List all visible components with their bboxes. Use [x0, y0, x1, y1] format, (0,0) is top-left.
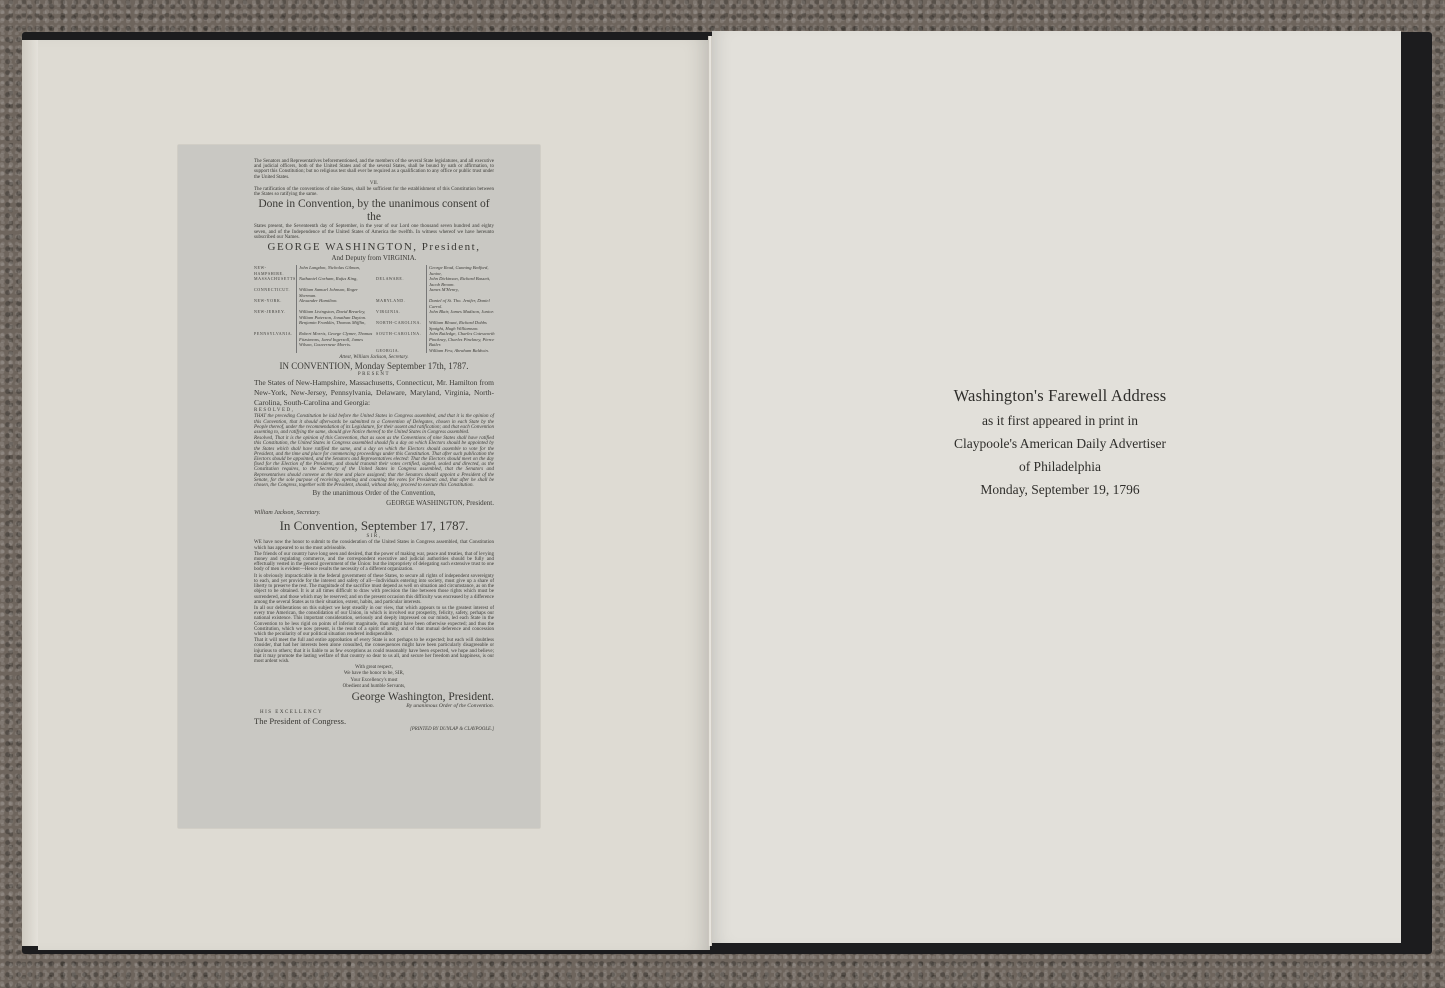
signer-state: GEORGIA.: [376, 348, 424, 354]
letter-paragraph-5: That it will meet the full and entire ap…: [254, 638, 494, 664]
resolution-1: THAT the preceding Constitution be laid …: [254, 414, 494, 435]
resolved-label: RESOLVED,: [254, 408, 494, 413]
signer-state: DELAWARE.: [376, 276, 424, 287]
deputy-virginia: And Deputy from VIRGINIA.: [254, 254, 494, 263]
closing-line-2: We have the honor to be, SIR,: [254, 671, 494, 676]
addressee: The President of Congress.: [254, 716, 494, 726]
signer-names: George Read, Gunning Bedford, Junior,: [426, 265, 500, 276]
signer-state: [254, 348, 294, 354]
signer-names: John Dickinson, Richard Bassett, Jacob B…: [426, 276, 500, 287]
signer-names: William Blount, Richard Dobbs Spaight, H…: [426, 320, 500, 331]
article-number: VII.: [254, 181, 494, 186]
signer-state: VIRGINIA.: [376, 309, 424, 320]
signer-names: William Samuel Johnson, Roger Sherman.: [296, 287, 374, 298]
signer-names: Benjamin Franklin, Thomas Mifflin,: [296, 320, 374, 331]
signers-table: NEW-HAMPSHIRE. John Langdon, Nicholas Gi…: [254, 265, 494, 353]
subtitle-line-2: Claypoole's American Daily Advertiser: [900, 432, 1220, 455]
signer-names: John Langdon, Nicholas Gilman,: [296, 265, 374, 276]
signer-names: Daniel of St. Tho. Jenifer, Daniel Carro…: [426, 298, 500, 309]
signer-names: William Few, Abraham Baldwin.: [426, 348, 500, 354]
signer-names: Robert Morris, George Clymer, Thomas Fit…: [296, 331, 374, 348]
facsimile-text: The Senators and Representatives beforem…: [254, 159, 494, 734]
signer-names: James M'Henry,: [426, 287, 500, 298]
senators-paragraph: The Senators and Representatives beforem…: [254, 159, 494, 180]
printer-imprint: [PRINTED BY DUNLAP & CLAYPOOLE.]: [254, 727, 494, 732]
by-order-line-2: By unanimous Order of the Convention.: [254, 704, 494, 709]
book-title: Washington's Farewell Address: [900, 385, 1220, 407]
publication-date: Monday, September 19, 1796: [900, 478, 1220, 501]
george-washington-heading: GEORGE WASHINGTON, President,: [254, 241, 494, 254]
page-stack-edge: [22, 40, 38, 946]
signer-state: NEW-HAMPSHIRE.: [254, 265, 294, 276]
in-convention-heading-1: IN CONVENTION, Monday September 17th, 17…: [254, 361, 494, 372]
letter-paragraph-2: The friends of our country have long see…: [254, 552, 494, 573]
done-in-convention-text: States present, the Seventeenth day of S…: [254, 224, 494, 240]
ratification-paragraph: The ratification of the conventions of n…: [254, 187, 494, 197]
signer-names: William Livingston, David Brearley, Will…: [296, 309, 374, 320]
signer-state: [376, 287, 424, 298]
signer-state: SOUTH-CAROLINA.: [376, 331, 424, 348]
in-convention-heading-2: In Convention, September 17, 1787.: [254, 518, 494, 534]
by-order-line: By the unanimous Order of the Convention…: [254, 489, 494, 498]
signer-state: MASSACHUSETTS.: [254, 276, 294, 287]
title-page-text: Washington's Farewell Address as it firs…: [900, 385, 1220, 501]
signer-names: Nathaniel Gorham, Rufus King,: [296, 276, 374, 287]
signer-state: MARYLAND.: [376, 298, 424, 309]
signer-state: CONNECTICUT.: [254, 287, 294, 298]
signer-names: John Blair, James Madison, Junior.: [426, 309, 500, 320]
washington-signature: George Washington, President.: [254, 690, 494, 704]
letter-paragraph-3: It is obviously impracticable in the fed…: [254, 574, 494, 605]
attest-line: Attest, William Jackson, Secretary.: [254, 355, 494, 360]
signer-names: Alexander Hamilton.: [296, 298, 374, 309]
signer-state: NEW-YORK.: [254, 298, 294, 309]
letter-paragraph-1: WE have now the honor to submit to the c…: [254, 540, 494, 550]
signer-state: [254, 320, 294, 331]
states-present: The States of New-Hampshire, Massachuset…: [254, 378, 494, 407]
subtitle-line-1: as it first appeared in print in: [900, 409, 1220, 432]
closing-line-1: With great respect,: [254, 665, 494, 670]
gw-president-line: GEORGE WASHINGTON, President.: [254, 499, 494, 508]
letter-paragraph-4: In all our deliberations on this subject…: [254, 606, 494, 637]
signer-state: PENNSYLVANIA.: [254, 331, 294, 348]
closing-line-4: Obedient and humble Servants,: [254, 684, 494, 689]
signer-state: NORTH-CAROLINA.: [376, 320, 424, 331]
signer-state: [376, 265, 424, 276]
done-in-convention-heading: Done in Convention, by the unanimous con…: [254, 198, 494, 224]
salutation: SIR,: [254, 534, 494, 539]
subtitle-line-3: of Philadelphia: [900, 455, 1220, 478]
book-gutter: [708, 36, 712, 946]
constitution-facsimile-plate: The Senators and Representatives beforem…: [178, 145, 540, 828]
resolution-2: Resolved, That it is the opinion of this…: [254, 436, 494, 488]
signer-names: John Rutledge, Charles Cotesworth Pinckn…: [426, 331, 500, 348]
signer-state: NEW-JERSEY.: [254, 309, 294, 320]
present-label: PRESENT: [254, 372, 494, 377]
his-excellency: HIS EXCELLENCY: [254, 710, 494, 715]
secretary-line: William Jackson, Secretary.: [254, 509, 494, 517]
closing-line-3: Your Excellency's most: [254, 678, 494, 683]
signer-names: [296, 348, 374, 354]
